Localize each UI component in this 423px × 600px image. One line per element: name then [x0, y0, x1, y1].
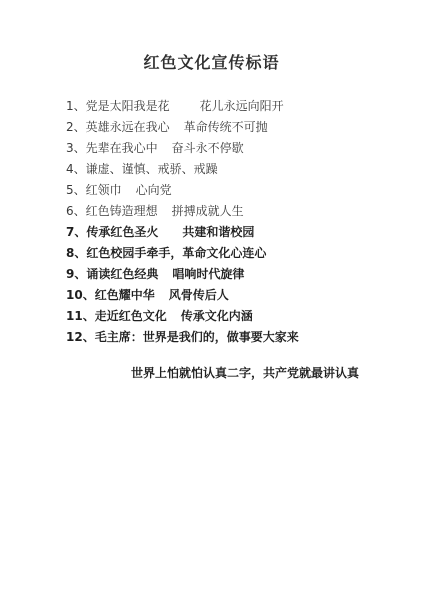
item-text: 谦虚、谨慎、戒骄、戒躁	[86, 162, 218, 176]
slogan-item-1: 1、党是太阳我是花花儿永远向阳开	[66, 96, 299, 117]
item-text: 诵读红色经典	[86, 267, 158, 281]
item-number: 2、	[66, 117, 86, 138]
slogan-item-12: 12、毛主席：世界是我们的，做事要大家来	[66, 327, 299, 348]
item-text: 传承红色圣火	[86, 225, 158, 239]
document-title: 红色文化宣传标语	[0, 50, 423, 73]
item-number: 6、	[66, 201, 86, 222]
item-text: 红色铸造理想	[86, 204, 158, 218]
slogan-item-3: 3、先辈在我心中奋斗永不停歇	[66, 138, 299, 159]
item-text: 红领巾	[86, 183, 122, 197]
item-text-2: 奋斗永不停歇	[172, 141, 244, 155]
item-text: 英雄永远在我心	[86, 120, 170, 134]
slogan-item-2: 2、英雄永远在我心革命传统不可抛	[66, 117, 299, 138]
item-number: 1、	[66, 96, 86, 117]
item-number: 3、	[66, 138, 86, 159]
item-text-2: 唱响时代旋律	[172, 267, 244, 281]
item-text: 走近红色文化	[95, 309, 167, 323]
item-number: 10、	[66, 285, 95, 306]
item-text-2: 花儿永远向阳开	[200, 99, 284, 113]
slogan-item-5: 5、红领巾心向党	[66, 180, 299, 201]
item-text: 红色校园手牵手，革命文化心连心	[86, 246, 266, 260]
item-number: 12、	[66, 327, 95, 348]
item-text: 先辈在我心中	[86, 141, 158, 155]
item-number: 4、	[66, 159, 86, 180]
item-number: 11、	[66, 306, 95, 327]
slogan-item-8: 8、红色校园手牵手，革命文化心连心	[66, 243, 299, 264]
item-number: 9、	[66, 264, 86, 285]
item-text-2: 革命传统不可抛	[184, 120, 268, 134]
slogan-item-10: 10、红色耀中华风骨传后人	[66, 285, 299, 306]
item-text-2: 心向党	[136, 183, 172, 197]
item-number: 8、	[66, 243, 86, 264]
item-text: 党是太阳我是花	[86, 99, 170, 113]
item-number: 5、	[66, 180, 86, 201]
slogan-item-7: 7、传承红色圣火共建和谐校园	[66, 222, 299, 243]
item-text: 红色耀中华	[95, 288, 155, 302]
item-text-2: 风骨传后人	[169, 288, 229, 302]
item-text-2: 共建和谐校园	[182, 225, 254, 239]
item-text: 毛主席：世界是我们的，做事要大家来	[95, 330, 299, 344]
item-text-2: 拼搏成就人生	[172, 204, 244, 218]
slogan-item-12-continuation: 世界上怕就怕认真二字，共产党就最讲认真	[131, 363, 359, 384]
slogan-list: 1、党是太阳我是花花儿永远向阳开 2、英雄永远在我心革命传统不可抛 3、先辈在我…	[66, 96, 299, 348]
slogan-item-9: 9、诵读红色经典唱响时代旋律	[66, 264, 299, 285]
slogan-item-6: 6、红色铸造理想拼搏成就人生	[66, 201, 299, 222]
slogan-item-11: 11、走近红色文化传承文化内涵	[66, 306, 299, 327]
item-number: 7、	[66, 222, 86, 243]
item-text-2: 传承文化内涵	[181, 309, 253, 323]
slogan-item-4: 4、谦虚、谨慎、戒骄、戒躁	[66, 159, 299, 180]
